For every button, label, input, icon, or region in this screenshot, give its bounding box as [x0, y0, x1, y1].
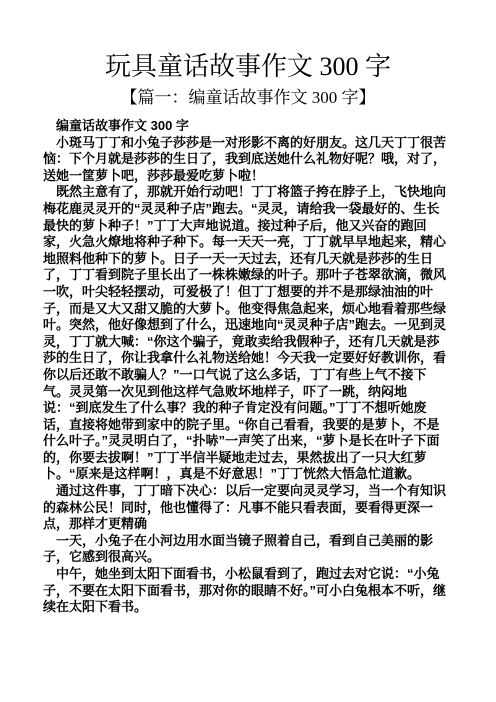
essay-paragraph: 小斑马丁丁和小兔子莎莎是一对形影不离的好朋友。这几天丁丁很苦恼：下个月就是莎莎的…: [43, 135, 449, 185]
document-page: 玩具童话故事作文 300 字 【篇一：编童话故事作文 300 字】 编童话故事作…: [0, 0, 496, 702]
essay-heading: 编童话故事作文 300 字: [43, 118, 449, 135]
essay-paragraph: 中午，她坐到太阳下面看书，小松鼠看到了，跑过去对它说：“小兔子，不要在太阳下面看…: [43, 566, 449, 616]
page-title: 玩具童话故事作文 300 字: [0, 50, 496, 84]
essay-body: 编童话故事作文 300 字 小斑马丁丁和小兔子莎莎是一对形影不离的好朋友。这几天…: [43, 118, 449, 616]
essay-paragraph: 通过这件事，丁丁暗下决心：以后一定要向灵灵学习，当一个有知识的森林公民！同时，他…: [43, 483, 449, 533]
essay-paragraph: 既然主意有了，那就开始行动吧！丁丁将篮子挎在脖子上，飞快地向梅花鹿灵灵开的“灵灵…: [43, 184, 449, 483]
essay-paragraph: 一天，小兔子在小河边用水面当镜子照着自己，看到自己美丽的影子，它感到很高兴。: [43, 533, 449, 566]
page-subtitle: 【篇一：编童话故事作文 300 字】: [0, 86, 496, 110]
